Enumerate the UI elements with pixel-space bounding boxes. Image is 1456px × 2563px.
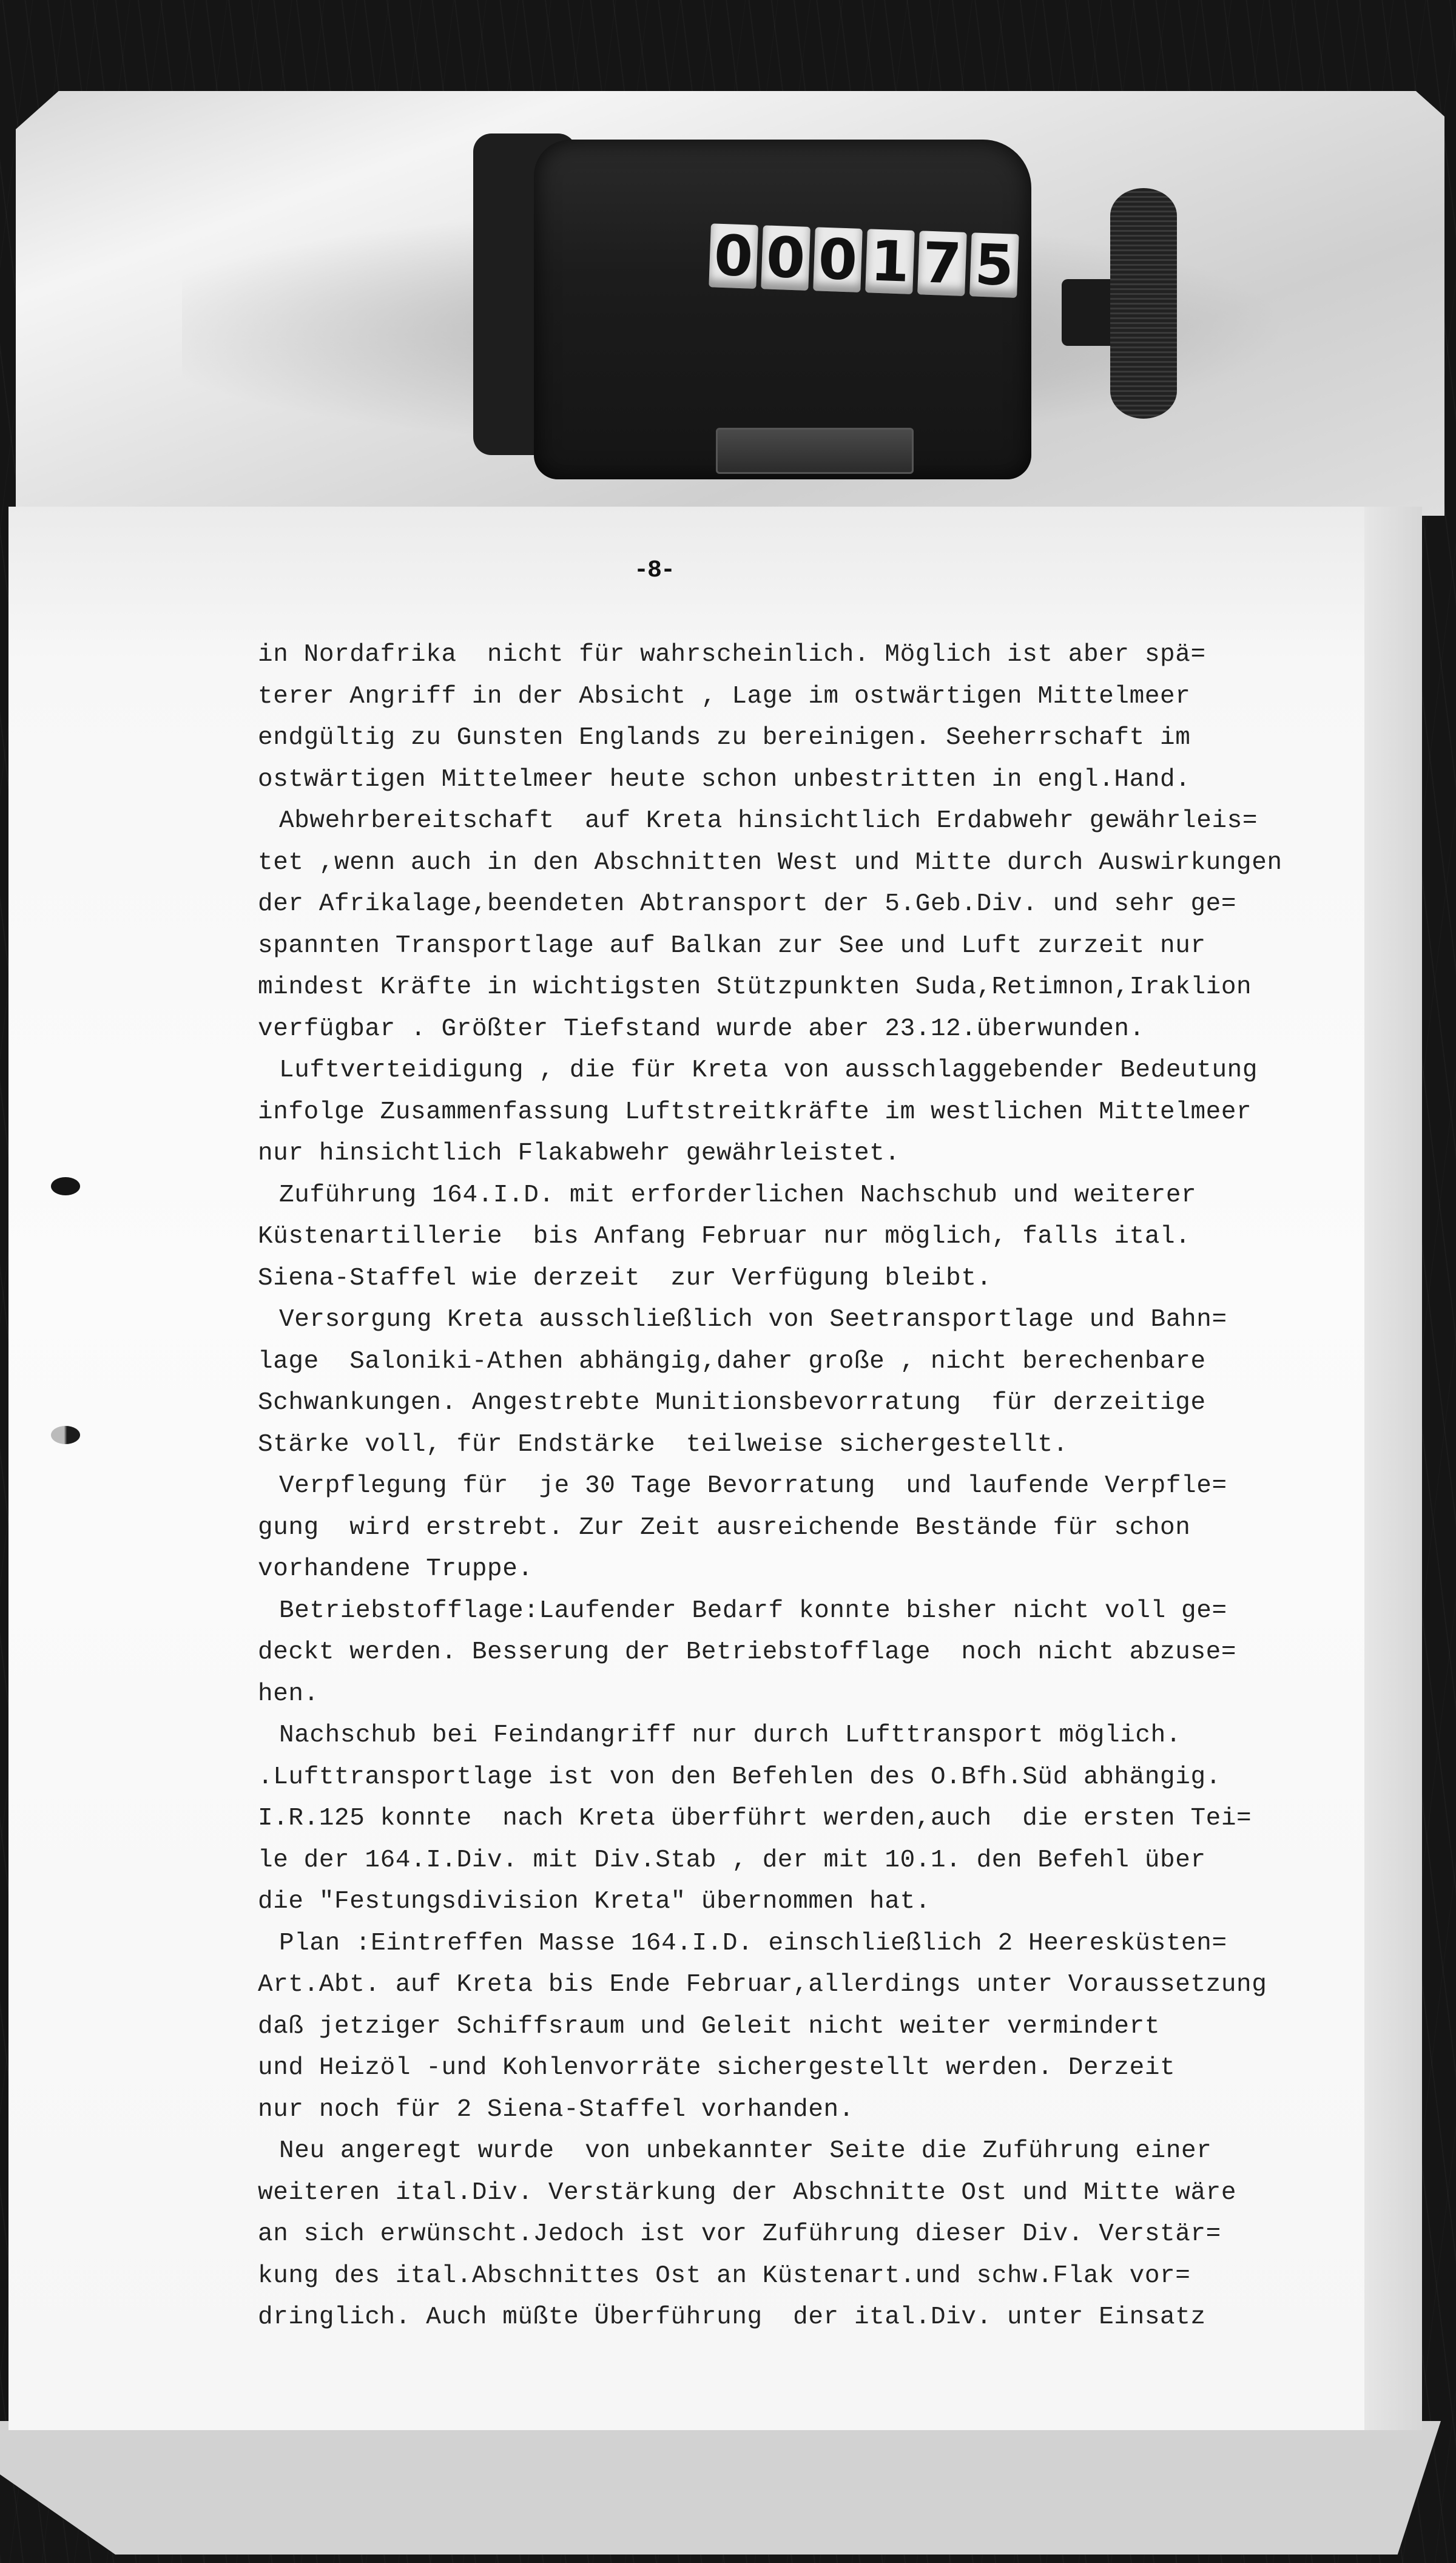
counter-digit-window: 0 0 0 1 7 5 [709, 218, 1051, 303]
document-text-line: dringlich. Auch müßte Überführung der it… [258, 2297, 1398, 2338]
document-text-line: der Afrikalage,beendeten Abtransport der… [258, 883, 1398, 925]
document-text-line: an sich erwünscht.Jedoch ist vor Zuführu… [258, 2213, 1398, 2255]
document-text-line: I.R.125 konnte nach Kreta überführt werd… [258, 1798, 1398, 1840]
counter-axle [1062, 279, 1116, 346]
counter-nameplate [716, 428, 914, 474]
counter-digit: 0 [709, 223, 758, 289]
document-text-line: le der 164.I.Div. mit Div.Stab , der mit… [258, 1840, 1398, 1882]
counter-reset-knob-icon [1110, 188, 1177, 419]
document-text-line: kung des ital.Abschnittes Ost an Küstena… [258, 2255, 1398, 2297]
document-text-line: Stärke voll, für Endstärke teilweise sic… [258, 1424, 1398, 1466]
document-text-line: Siena-Staffel wie derzeit zur Verfügung … [258, 1258, 1398, 1300]
counter-digit: 0 [761, 225, 811, 291]
document-body-text: in Nordafrika nicht für wahrscheinlich. … [258, 634, 1398, 2338]
document-text-line: lage Saloniki-Athen abhängig,daher große… [258, 1341, 1398, 1383]
document-text-line: Schwankungen. Angestrebte Munitionsbevor… [258, 1382, 1398, 1424]
counter-digit: 7 [917, 231, 967, 296]
document-text-line: in Nordafrika nicht für wahrscheinlich. … [258, 634, 1398, 676]
document-text-line: verfügbar . Größter Tiefstand wurde aber… [258, 1008, 1398, 1050]
document-text-line: Versorgung Kreta ausschließlich von Seet… [258, 1299, 1398, 1341]
document-text-line: Betriebstofflage:Laufender Bedarf konnte… [258, 1590, 1398, 1632]
counter-digit: 5 [969, 232, 1019, 298]
document-text-line: vorhandene Truppe. [258, 1548, 1398, 1590]
document-text-line: Zuführung 164.I.D. mit erforderlichen Na… [258, 1175, 1398, 1217]
document-text-line: endgültig zu Gunsten Englands zu bereini… [258, 717, 1398, 759]
document-text-line: infolge Zusammenfassung Luftstreitkräfte… [258, 1092, 1398, 1133]
document-text-line: hen. [258, 1673, 1398, 1715]
document-text-line: spannten Transportlage auf Balkan zur Se… [258, 925, 1398, 967]
document-text-line: Art.Abt. auf Kreta bis Ende Februar,alle… [258, 1964, 1398, 2006]
document-text-line: weiteren ital.Div. Verstärkung der Absch… [258, 2172, 1398, 2214]
document-text-line: nur noch für 2 Siena-Staffel vorhanden. [258, 2089, 1398, 2131]
document-text-line: Luftverteidigung , die für Kreta von aus… [258, 1050, 1398, 1092]
document-text-line: und Heizöl -und Kohlenvorräte sichergest… [258, 2047, 1398, 2089]
document-text-line: die "Festungsdivision Kreta" übernommen … [258, 1881, 1398, 1923]
document-text-line: terer Angriff in der Absicht , Lage im o… [258, 676, 1398, 718]
document-text-line: daß jetziger Schiffsraum und Geleit nich… [258, 2006, 1398, 2048]
document-text-line: Verpflegung für je 30 Tage Bevorratung u… [258, 1465, 1398, 1507]
document-text-line: tet ,wenn auch in den Abschnitten West u… [258, 842, 1398, 884]
document-text-line: Plan :Eintreffen Masse 164.I.D. einschli… [258, 1923, 1398, 1965]
counter-digit: 1 [865, 229, 915, 294]
document-text-line: mindest Kräfte in wichtigsten Stützpunkt… [258, 967, 1398, 1008]
page-number: -8- [634, 557, 674, 584]
under-sheet [0, 2421, 1441, 2555]
document-text-line: Neu angeregt wurde von unbekannter Seite… [258, 2130, 1398, 2172]
document-text-line: Nachschub bei Feindangriff nur durch Luf… [258, 1715, 1398, 1757]
frame-counter-device: 0 0 0 1 7 5 [461, 121, 1177, 498]
document-text-line: ostwärtigen Mittelmeer heute schon unbes… [258, 759, 1398, 801]
punch-hole-icon [51, 1426, 80, 1444]
punch-hole-icon [51, 1177, 80, 1195]
document-text-line: deckt werden. Besserung der Betriebstoff… [258, 1632, 1398, 1673]
document-text-line: Küstenartillerie bis Anfang Februar nur … [258, 1216, 1398, 1258]
document-text-line: Abwehrbereitschaft auf Kreta hinsichtlic… [258, 800, 1398, 842]
document-text-line: gung wird erstrebt. Zur Zeit ausreichend… [258, 1507, 1398, 1549]
document-text-line: nur hinsichtlich Flakabwehr gewährleiste… [258, 1133, 1398, 1175]
document-text-line: .Lufttransportlage ist von den Befehlen … [258, 1757, 1398, 1798]
counter-digit: 0 [813, 227, 863, 292]
